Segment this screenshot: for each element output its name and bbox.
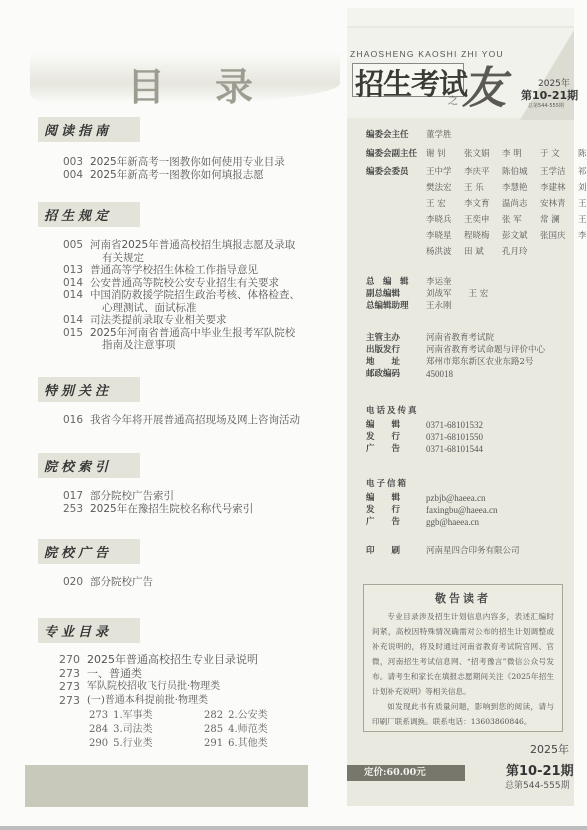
publisher-block: 主管主办河南省教育考试院 出版发行河南省教育考试命题与评价中心 地 址郑州市郑东…	[366, 332, 545, 380]
credit-name: 张文娟	[464, 146, 502, 162]
credit-label: 总 编 辑	[366, 276, 426, 288]
logo-you: 友	[462, 52, 506, 116]
email-link[interactable]: pzbjb@haeea.cn	[426, 492, 486, 504]
section-reading-guide: 阅读指南 003 2025年新高考一图教你如何使用专业目录 004 2025年新…	[38, 117, 338, 181]
page-number: 016	[63, 414, 90, 427]
page-number: 004	[63, 169, 90, 182]
credit-name: 李文育	[464, 196, 502, 212]
toc-entry[interactable]: 273 军队院校招收飞行员批·物理类	[59, 680, 338, 694]
page-number: 273	[59, 667, 87, 681]
footer-issue-number: 第10-21期	[506, 760, 574, 779]
credit-value: 郑州市郑东新区农业东路2号	[426, 356, 533, 368]
credit-label: 地 址	[366, 356, 426, 368]
page-number: 014	[63, 277, 90, 290]
entry-title: 2025年普通高校招生专业目录说明	[87, 653, 338, 667]
section-special-focus: 特别关注 016 我省今年将开展普通高招现场及网上咨询活动	[38, 377, 338, 427]
credit-name: 王奕申	[464, 212, 502, 228]
phone-number[interactable]: 0371-68101544	[426, 443, 483, 455]
page-number: 291	[204, 738, 223, 749]
page-number: 014	[63, 289, 90, 314]
credit-name: 田 斌	[464, 244, 502, 260]
email-label: 发 行	[366, 504, 426, 516]
notice-title: 敬告读者	[372, 590, 554, 606]
credit-name: 于 文	[540, 146, 578, 162]
credit-name: 程晓梅	[464, 228, 502, 244]
entry-title: 一、普通类	[87, 667, 338, 681]
entry-title: 2025年新高考一图教你如何使用专业目录	[90, 156, 338, 169]
toc-entry[interactable]: 273 (一)普通本科提前批·物理类	[59, 694, 338, 708]
credit-name: 樊法宏	[426, 180, 464, 196]
entry-title: 2025年在豫招生院校名称代号索引	[90, 503, 338, 516]
section-heading: 院校广告	[38, 539, 140, 564]
phone-section-title: 电话及传真	[366, 404, 483, 416]
credit-value: 450018	[426, 368, 453, 380]
entry-title: 公安普通高等院校公安专业招生有关要求	[90, 277, 338, 290]
email-label: 编 辑	[366, 492, 426, 504]
phone-label: 编 辑	[366, 419, 426, 431]
sub-entry[interactable]: 2905.行业类	[89, 737, 204, 750]
issue-number: 第10-21期	[521, 87, 578, 103]
toc-entry[interactable]: 014 公安普通高等院校公安专业招生有关要求	[63, 277, 338, 290]
toc-entry[interactable]: 253 2025年在豫招生院校名称代号索引	[63, 503, 338, 516]
bottom-border	[0, 826, 587, 830]
entry-title: 司法类提前录取专业相关要求	[90, 314, 338, 327]
entry-title: 2025年河南省普通高中毕业生报考军队院校	[90, 327, 295, 339]
entry-title-cont: 心理测试、面试标准	[90, 302, 197, 314]
email-block: 电子信箱 编 辑pzbjb@haeea.cn 发 行faxingbu@haeea…	[366, 477, 498, 528]
entry-title: 河南省2025年普通高校招生填报志愿及录取	[90, 239, 295, 251]
page-number: 270	[59, 653, 87, 667]
credit-name: 祁 军	[578, 164, 587, 180]
toc-entry[interactable]: 273 一、普通类	[59, 667, 338, 681]
toc-entry[interactable]: 017 部分院校广告索引	[63, 490, 338, 503]
title-char: 录	[215, 56, 255, 111]
credit-name: 李晓星	[426, 228, 464, 244]
credit-name: 李慧艳	[502, 180, 540, 196]
title-char: 目	[127, 56, 167, 111]
page-number: 282	[204, 710, 223, 721]
section-school-index: 院校索引 017 部分院校广告索引 253 2025年在豫招生院校名称代号索引	[38, 453, 338, 515]
credit-label: 主管主办	[366, 332, 426, 344]
credit-value: 河南省教育考试院	[426, 332, 494, 344]
entry-title: 我省今年将开展普通高招现场及网上咨询活动	[90, 414, 338, 427]
page-number: 285	[204, 724, 223, 735]
logo-zhi: 之	[448, 92, 458, 107]
email-label: 广 告	[366, 516, 426, 528]
credit-value: 刘战军 王 宏	[426, 288, 488, 300]
phone-number[interactable]: 0371-68101550	[426, 431, 483, 443]
entry-title: (一)普通本科提前批·物理类	[87, 694, 338, 708]
sub-entry[interactable]: 2843.司法类	[89, 723, 204, 736]
bottom-margin	[347, 806, 587, 826]
toc-entry[interactable]: 005 河南省2025年普通高校招生填报志愿及录取有关规定	[63, 239, 338, 264]
section-major-catalog: 专业目录 270 2025年普通高校招生专业目录说明 273 一、普通类 273…	[38, 618, 338, 750]
toc-entry[interactable]: 013 普通高等学校招生体检工作指导意见	[63, 264, 338, 277]
credit-name: 王 乐	[464, 180, 502, 196]
entry-title: 2.公安类	[228, 710, 268, 721]
section-heading: 招生规定	[38, 202, 140, 227]
email-link[interactable]: faxingbu@haeea.cn	[426, 504, 498, 516]
magazine-toc-page: 目 录 阅读指南 003 2025年新高考一图教你如何使用专业目录 004 20…	[0, 0, 587, 830]
email-section-title: 电子信箱	[366, 477, 498, 489]
credit-value: 河南星四合印务有限公司	[426, 545, 520, 557]
editors-block: 总 编 辑李运奎 副总编辑刘战军 王 宏 总编辑助理王永刚	[366, 276, 488, 312]
page-number: 273	[59, 694, 87, 708]
page-number: 020	[63, 576, 90, 589]
entry-title: 普通高等学校招生体检工作指导意见	[90, 264, 338, 277]
credit-name: 彭文斌	[502, 228, 540, 244]
section-school-ads: 院校广告 020 部分院校广告	[38, 539, 338, 589]
page-number: 290	[89, 738, 108, 749]
credit-name: 张 军	[502, 212, 540, 228]
entry-title: 部分院校广告索引	[90, 490, 338, 503]
credit-name: 安林青	[540, 196, 578, 212]
footer-issue-total: 总第544-555期	[505, 778, 570, 791]
page-number: 273	[59, 680, 87, 694]
toc-entry[interactable]: 003 2025年新高考一图教你如何使用专业目录	[63, 156, 338, 169]
credit-value: 河南省教育考试命题与评价中心	[426, 344, 545, 356]
sub-entry[interactable]: 2822.公安类	[204, 709, 319, 722]
credit-label: 编委会主任	[366, 127, 426, 143]
entry-title: 1.军事类	[113, 710, 153, 721]
toc-entry[interactable]: 015 2025年河南省普通高中毕业生报考军队院校指南及注意事项	[63, 327, 338, 352]
credit-name: 李晓兵	[426, 212, 464, 228]
section-heading: 特别关注	[38, 377, 140, 402]
sub-entry[interactable]: 2854.师范类	[204, 723, 319, 736]
section-heading: 专业目录	[38, 618, 140, 643]
reader-notice-box: 敬告读者 专业目录涉及招生计划信息内容多，表述汇编时间紧，高校因特殊情况确需对公…	[363, 584, 563, 732]
credit-label: 副总编辑	[366, 288, 426, 300]
entry-title: 军队院校招收飞行员批·物理类	[87, 680, 338, 694]
entry-title: 2025年新高考一图教你如何填报志愿	[90, 169, 338, 182]
phone-block: 电话及传真 编 辑0371-68101532 发 行0371-68101550 …	[366, 404, 483, 455]
notice-paragraph: 专业目录涉及招生计划信息内容多，表述汇编时间紧，高校因特殊情况确需对公布的招生计…	[372, 609, 554, 699]
editorial-committee: 编委会主任 董学胜 编委会副主任 谢 钊 张文娟 李 明 于 文 陈太琪 编委会…	[366, 127, 587, 260]
credit-name: 王 宏	[426, 196, 464, 212]
credit-name: 李 忠	[578, 228, 587, 244]
page-number: 003	[63, 156, 90, 169]
credit-label: 总编辑助理	[366, 300, 426, 312]
entry-title: 4.师范类	[228, 724, 268, 735]
credit-name: 陈伯城	[502, 164, 540, 180]
printer-block: 印 刷河南星四合印务有限公司	[366, 545, 520, 557]
credit-name: 王 蕾	[578, 196, 587, 212]
credit-name: 王 斌	[578, 212, 587, 228]
footer-band	[25, 765, 308, 807]
page-number: 005	[63, 239, 90, 264]
credit-name: 张国庆	[540, 228, 578, 244]
credit-name: 谢 钊	[426, 146, 464, 162]
credit-label: 出版发行	[366, 344, 426, 356]
credit-name: 王中学	[426, 164, 464, 180]
issue-total: 总第544-555期	[528, 102, 564, 109]
entry-title-cont: 有关规定	[90, 252, 144, 264]
section-heading: 阅读指南	[38, 117, 140, 142]
entry-title-cont: 指南及注意事项	[90, 339, 176, 351]
page-number: 013	[63, 264, 90, 277]
credit-name: 常 澜	[540, 212, 578, 228]
toc-entry[interactable]: 014 中国消防救援学院招生政治考核、体格检查、心理测试、面试标准	[63, 289, 338, 314]
entry-title: 3.司法类	[113, 724, 153, 735]
page-number: 284	[89, 724, 108, 735]
page-number: 017	[63, 490, 90, 503]
credit-name: 李 明	[502, 146, 540, 162]
toc-entry[interactable]: 016 我省今年将开展普通高招现场及网上咨询活动	[63, 414, 338, 427]
price-label: 定价:60.00元	[347, 765, 465, 781]
entry-title: 部分院校广告	[90, 576, 338, 589]
credit-label: 邮政编码	[366, 368, 426, 380]
sub-entry[interactable]: 2731.军事类	[89, 709, 204, 722]
toc-entry[interactable]: 020 部分院校广告	[63, 576, 338, 589]
credit-value: 李运奎	[426, 276, 452, 288]
section-heading: 院校索引	[38, 453, 140, 478]
entry-title: 6.其他类	[228, 738, 268, 749]
email-link[interactable]: ggb@haeea.cn	[426, 516, 479, 528]
credit-name: 陈太琪	[578, 146, 587, 162]
credit-name: 杨洪波	[426, 244, 464, 260]
notice-paragraph: 如发现此书有质量问题，影响到您的阅读，请与印刷厂联系调换。联系电话：136038…	[372, 699, 554, 729]
phone-number[interactable]: 0371-68101532	[426, 419, 483, 431]
phone-label: 发 行	[366, 431, 426, 443]
credit-name: 王学洁	[540, 164, 578, 180]
entry-title: 中国消防救援学院招生政治考核、体格检查、	[90, 289, 300, 301]
toc-entry[interactable]: 004 2025年新高考一图教你如何填报志愿	[63, 169, 338, 182]
credit-name: 董学胜	[426, 127, 452, 143]
credit-label: 编委会副主任	[366, 146, 426, 162]
credit-name: 刘武军	[578, 180, 587, 196]
section-admission-rules: 招生规定 005 河南省2025年普通高校招生填报志愿及录取有关规定 013 普…	[38, 202, 338, 352]
credit-value: 王永刚	[426, 300, 452, 312]
credit-name: 李庆平	[464, 164, 502, 180]
credit-label: 印 刷	[366, 545, 426, 557]
masthead-top	[347, 8, 574, 26]
page-number: 014	[63, 314, 90, 327]
page-title: 目 录	[127, 56, 255, 111]
page-number: 015	[63, 327, 90, 352]
page-number: 273	[89, 710, 108, 721]
credit-label: 编委会委员	[366, 164, 426, 260]
sub-entries-grid: 2731.军事类 2822.公安类 2843.司法类 2854.师范类 2905…	[59, 709, 338, 750]
page-number: 253	[63, 503, 90, 516]
sub-entry[interactable]: 2916.其他类	[204, 737, 319, 750]
footer-year: 2025年	[530, 741, 569, 757]
credit-name: 孔月玲	[502, 244, 540, 260]
toc-entry[interactable]: 270 2025年普通高校招生专业目录说明	[59, 653, 338, 667]
credit-name: 李建林	[540, 180, 578, 196]
entry-title: 5.行业类	[113, 738, 153, 749]
phone-label: 广 告	[366, 443, 426, 455]
toc-entry[interactable]: 014 司法类提前录取专业相关要求	[63, 314, 338, 327]
credit-name: 温尚志	[502, 196, 540, 212]
